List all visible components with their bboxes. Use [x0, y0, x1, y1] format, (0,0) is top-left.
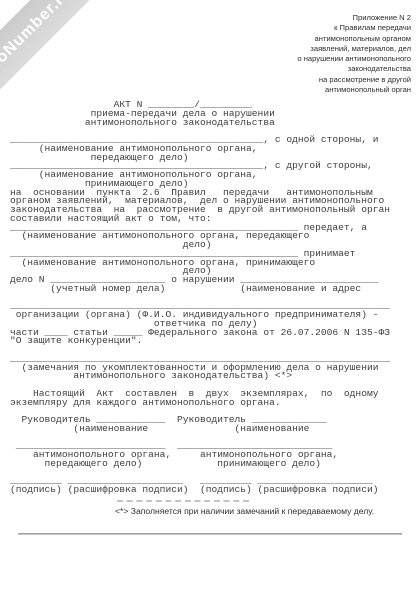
document-header-reference: Приложение N 2 к Правилам передачи антим… [297, 13, 411, 95]
document-body: АКТ N ________/_________ приема-передачи… [10, 101, 390, 495]
document-page: NoNumber.ru Приложение N 2 к Правилам пе… [0, 0, 420, 600]
footnote-separator [117, 500, 249, 502]
footnote-text: <*> Заполняется при наличии замечаний к … [115, 506, 374, 516]
watermark-text: NoNumber.ru [0, 0, 76, 76]
bottom-divider [18, 533, 402, 535]
